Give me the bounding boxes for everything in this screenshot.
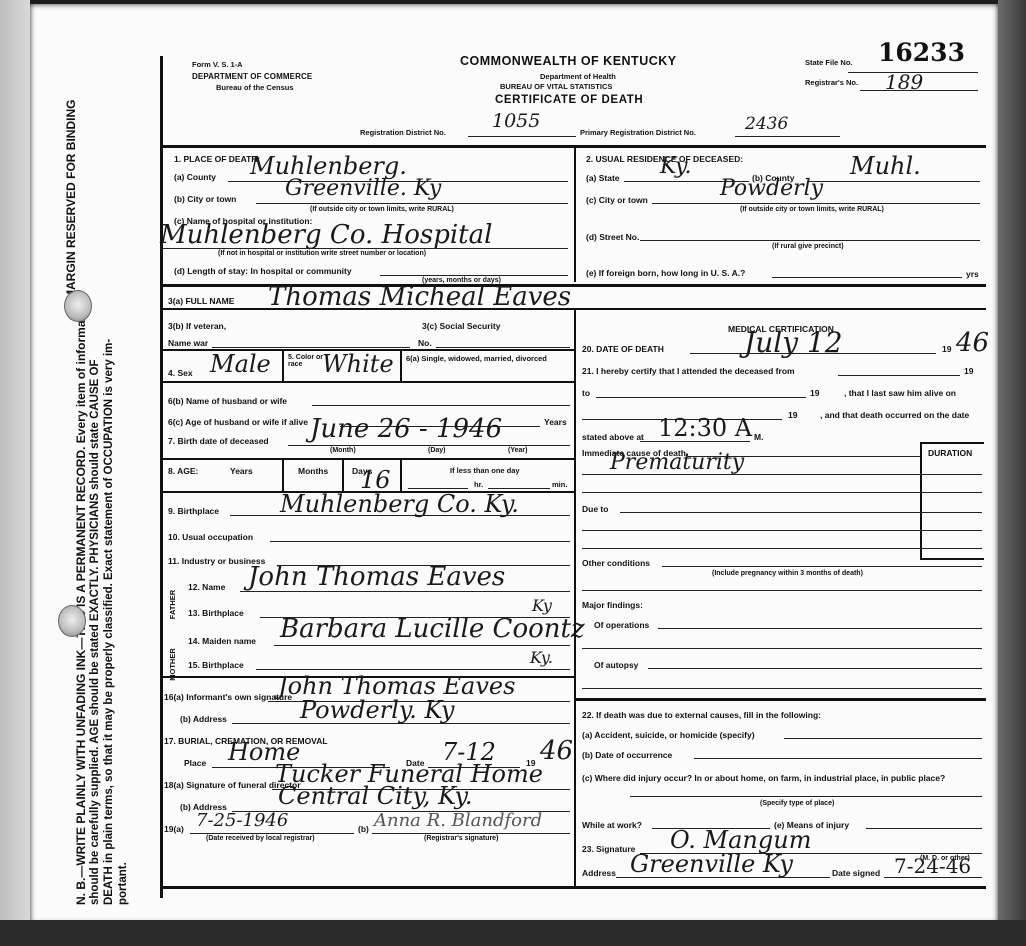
- mother-birthplace-value[interactable]: Ky.: [530, 648, 553, 667]
- autopsy-line-2: [582, 688, 982, 689]
- sex-label: 4. Sex: [168, 368, 193, 378]
- spouse-age-label: 6(c) Age of husband or wife if alive: [168, 417, 308, 427]
- birth-date-line: [288, 445, 570, 446]
- fullname-label: 3(a) FULL NAME: [168, 296, 234, 306]
- spouse-name-line: [312, 405, 570, 406]
- row-divider-age: [160, 458, 574, 460]
- margin-line-3: DEATH in plain terms, so that it may be …: [102, 45, 116, 905]
- punch-hole-top: [64, 290, 92, 322]
- major-findings-label: Major findings:: [582, 600, 643, 610]
- center-divider-top: [574, 146, 576, 282]
- certificate-title: CERTIFICATE OF DEATH: [495, 94, 643, 106]
- operations-line: [658, 628, 982, 629]
- minutes-line: [488, 488, 550, 489]
- death-date-line: [690, 353, 936, 354]
- hours-line: [408, 488, 468, 489]
- hospital-value[interactable]: Muhlenberg Co. Hospital: [160, 220, 492, 250]
- autopsy-label: Of autopsy: [594, 660, 638, 670]
- color-label: 5. Color or race: [288, 354, 326, 368]
- certify-label: 21. I hereby certify that I attended the…: [582, 366, 795, 376]
- cause-value[interactable]: Prematurity: [610, 450, 744, 475]
- age-label: 8. AGE:: [168, 466, 198, 476]
- findings-divider: [582, 590, 982, 591]
- margin-line-2: should be carefully supplied. AGE should…: [88, 45, 102, 905]
- physician-address-value[interactable]: Greenville Ky: [630, 850, 793, 878]
- death-occurred-label: , and that death occurred on the date: [820, 410, 969, 420]
- row-divider-spouse: [160, 381, 574, 383]
- war-label: Name war: [168, 338, 208, 348]
- commonwealth-title: COMMONWEALTH OF KENTUCKY: [460, 54, 677, 68]
- state-file-number: 16233: [878, 38, 965, 67]
- registrar-sig-line: [372, 833, 570, 834]
- residence-state-label: (a) State: [586, 173, 620, 183]
- physician-signature-label: 23. Signature: [582, 844, 635, 854]
- attended-from-line: [838, 375, 960, 376]
- informant-address-line: [232, 723, 570, 724]
- last-saw-label: , that I last saw him alive on: [844, 388, 956, 398]
- sex-color-divider: [282, 351, 284, 381]
- occurrence-date-label: (b) Date of occurrence: [582, 750, 672, 760]
- residence-state-value[interactable]: Ky.: [660, 154, 692, 179]
- foreign-born-suffix: yrs: [966, 269, 979, 279]
- residence-county-value[interactable]: Muhl.: [850, 152, 921, 180]
- birth-date-label: 7. Birth date of deceased: [168, 436, 269, 446]
- war-line: [212, 347, 410, 348]
- street-label: (d) Street No.: [586, 232, 639, 242]
- color-value[interactable]: White: [322, 350, 394, 378]
- registrar-sig-note: (Registrar's signature): [424, 835, 498, 842]
- primary-district-label: Primary Registration District No.: [580, 128, 696, 137]
- father-name-value[interactable]: John Thomas Eaves: [248, 562, 505, 592]
- length-of-stay-label: (d) Length of stay: In hospital or commu…: [174, 266, 352, 276]
- last-saw-year: 19: [788, 410, 797, 420]
- hospital-note: (If not in hospital or institution write…: [218, 250, 426, 257]
- registration-district-number: 1055: [492, 110, 540, 132]
- duration-label: DURATION: [928, 448, 972, 458]
- other-conditions-note: (Include pregnancy within 3 months of de…: [712, 570, 863, 577]
- death-county-label: (a) County: [174, 172, 216, 182]
- date-signed-line: [884, 877, 982, 878]
- color-marital-divider: [400, 351, 402, 381]
- ss-no-line: [436, 347, 570, 348]
- birth-day-label: (Day): [428, 447, 446, 454]
- registration-district-line: [468, 136, 576, 137]
- less-than-day-label: If less than one day: [450, 466, 520, 475]
- primary-district-number: 2436: [745, 114, 788, 134]
- external-causes-divider: [574, 698, 986, 701]
- section-divider-2: [160, 308, 986, 310]
- registrar-line: [860, 90, 978, 91]
- residence-city-note: (If outside city or town limits, write R…: [740, 206, 884, 213]
- death-year-value[interactable]: 46: [956, 328, 989, 358]
- father-birthplace-label: 13. Birthplace: [188, 608, 244, 618]
- attended-to-year: 19: [810, 388, 819, 398]
- at-work-label: While at work?: [582, 820, 642, 830]
- attended-from-year: 19: [964, 366, 973, 376]
- attended-to-line: [596, 397, 806, 398]
- attended-to-label: to: [582, 388, 590, 398]
- margin-instructions: N. B.—WRITE PLAINLY WITH UNFADING INK—TH…: [74, 45, 130, 905]
- operations-line-2: [582, 648, 982, 649]
- primary-district-line: [735, 136, 840, 137]
- foreign-born-line: [772, 277, 962, 278]
- age-divider-2: [342, 459, 344, 491]
- registrar-signature-value[interactable]: Anna R. Blandford: [374, 810, 542, 831]
- sex-value[interactable]: Male: [210, 350, 271, 378]
- street-note: (If rural give precinct): [772, 243, 844, 250]
- foreign-born-label: (e) If foreign born, how long in U. S. A…: [586, 268, 745, 278]
- registrar-sig-label: (b): [358, 824, 369, 834]
- autopsy-line: [648, 668, 982, 669]
- father-side-label: FATHER: [168, 590, 177, 619]
- age-divider-1: [282, 459, 284, 491]
- death-certificate-form: Form V. S. 1-A DEPARTMENT OF COMMERCE Bu…: [160, 48, 986, 890]
- margin-line-4: portant.: [116, 45, 130, 905]
- minutes-label: min.: [552, 480, 567, 489]
- director-address-value[interactable]: Central City, Ky.: [278, 782, 472, 810]
- mother-birthplace-label: 15. Birthplace: [188, 660, 244, 670]
- age-divider-3: [400, 459, 402, 491]
- accident-label: (a) Accident, suicide, or homicide (spec…: [582, 730, 755, 740]
- external-causes-label: 22. If death was due to external causes,…: [582, 710, 821, 720]
- received-date-line: [190, 833, 354, 834]
- injury-place-label: (c) Where did injury occur? In or about …: [582, 770, 982, 787]
- death-time-line: [640, 441, 750, 442]
- death-city-line: [256, 203, 568, 204]
- veteran-label: 3(b) If veteran,: [168, 321, 226, 331]
- father-name-line: [240, 591, 570, 592]
- death-date-value[interactable]: July 12: [744, 326, 843, 359]
- due-to-label: Due to: [582, 504, 608, 514]
- means-of-injury-line: [866, 828, 982, 829]
- bureau-vital-label: BUREAU OF VITAL STATISTICS: [500, 82, 612, 91]
- birthplace-label: 9. Birthplace: [168, 506, 219, 516]
- death-date-label: 20. DATE OF DEATH: [582, 344, 664, 354]
- date-signed-value[interactable]: 7-24-46: [894, 854, 971, 878]
- birth-year-label: (Year): [508, 447, 527, 454]
- other-conditions-line: [662, 566, 982, 567]
- cause-line-1: [688, 456, 920, 457]
- father-birthplace-value[interactable]: Ky: [532, 596, 552, 615]
- ss-no-label: No.: [418, 338, 432, 348]
- residence-city-label: (c) City or town: [586, 195, 648, 205]
- birth-date-value[interactable]: June 26 - 1946: [310, 414, 502, 444]
- due-to-line-3: [582, 548, 982, 549]
- injury-place-line: [630, 796, 982, 797]
- received-label: 19(a): [164, 824, 184, 834]
- occupation-line: [270, 541, 570, 542]
- hospital-line: [160, 248, 568, 249]
- due-to-line-2: [582, 530, 982, 531]
- birth-month-label: (Month): [330, 447, 356, 454]
- form-number: Form V. S. 1-A: [192, 60, 243, 69]
- burial-place-label: Place: [184, 758, 206, 768]
- residence-city-line: [652, 203, 980, 204]
- mother-name-label: 14. Maiden name: [188, 636, 256, 646]
- margin-line-1: N. B.—WRITE PLAINLY WITH UNFADING INK—TH…: [74, 45, 88, 905]
- age-years-label: Years: [230, 466, 253, 476]
- duration-box: [920, 442, 984, 560]
- scan-edge-bottom: [0, 920, 1026, 946]
- place-of-death-heading: 1. PLACE OF DEATH:: [174, 154, 260, 164]
- received-date-note: (Date received by local registrar): [206, 835, 315, 842]
- punch-hole-bottom: [58, 605, 86, 637]
- state-file-label: State File No.: [805, 58, 853, 67]
- age-months-label: Months: [298, 466, 328, 476]
- header-divider: [160, 145, 986, 148]
- spouse-name-label: 6(b) Name of husband or wife: [168, 396, 287, 406]
- department-health-label: Department of Health: [540, 72, 616, 81]
- bureau-census-label: Bureau of the Census: [216, 83, 294, 92]
- date-signed-label: Date signed: [832, 868, 880, 878]
- death-year-prefix: 19: [942, 344, 951, 354]
- length-of-stay-line: [380, 275, 568, 276]
- physician-address-line: [616, 877, 830, 878]
- am-pm-label: M.: [754, 432, 763, 442]
- street-line: [640, 240, 980, 241]
- mother-birthplace-line: [256, 669, 570, 670]
- received-date-value[interactable]: 7-25-1946: [196, 810, 288, 831]
- birthplace-line: [230, 515, 570, 516]
- informant-address-label: (b) Address: [180, 714, 227, 724]
- death-city-value[interactable]: Greenville. Ky: [285, 176, 441, 201]
- occurrence-date-line: [694, 758, 982, 759]
- registrar-number-label: Registrar's No.: [805, 78, 858, 87]
- marital-status-label: 6(a) Single, widowed, married, divorced: [406, 354, 571, 363]
- occupation-label: 10. Usual occupation: [168, 532, 253, 542]
- social-security-label: 3(c) Social Security: [422, 321, 500, 331]
- spouse-years-label: Years: [544, 417, 567, 427]
- registration-district-label: Registration District No.: [360, 128, 446, 137]
- accident-line: [784, 738, 982, 739]
- stated-above-label: stated above at: [582, 432, 644, 442]
- due-to-line-1: [620, 512, 982, 513]
- death-city-note: (If outside city or town limits, write R…: [310, 206, 454, 213]
- cause-line-2: [582, 474, 982, 475]
- physician-address-label: Address: [582, 868, 616, 878]
- center-divider-main: [574, 308, 576, 886]
- other-conditions-label: Other conditions: [582, 558, 650, 568]
- father-name-label: 12. Name: [188, 582, 225, 592]
- operations-label: Of operations: [594, 620, 649, 630]
- form-bottom-border: [160, 886, 986, 889]
- injury-place-note: (Specify type of place): [760, 800, 834, 807]
- hours-label: hr.: [474, 480, 483, 489]
- mother-name-line: [274, 645, 570, 646]
- cause-line-3: [582, 492, 982, 493]
- form-left-border: [160, 56, 163, 898]
- scan-edge-right: [998, 0, 1026, 946]
- death-city-label: (b) City or town: [174, 194, 236, 204]
- death-time-value[interactable]: 12:30 A: [658, 414, 752, 442]
- residence-county-line: [808, 181, 980, 182]
- burial-year-value[interactable]: 46: [540, 736, 573, 766]
- mother-name-value[interactable]: Barbara Lucille Coontz: [280, 614, 585, 644]
- department-label: DEPARTMENT OF COMMERCE: [192, 72, 312, 81]
- informant-address-value[interactable]: Powderly. Ky: [300, 696, 454, 724]
- birthplace-value[interactable]: Muhlenberg Co. Ky.: [280, 490, 519, 518]
- residence-city-value[interactable]: Powderly: [720, 176, 823, 201]
